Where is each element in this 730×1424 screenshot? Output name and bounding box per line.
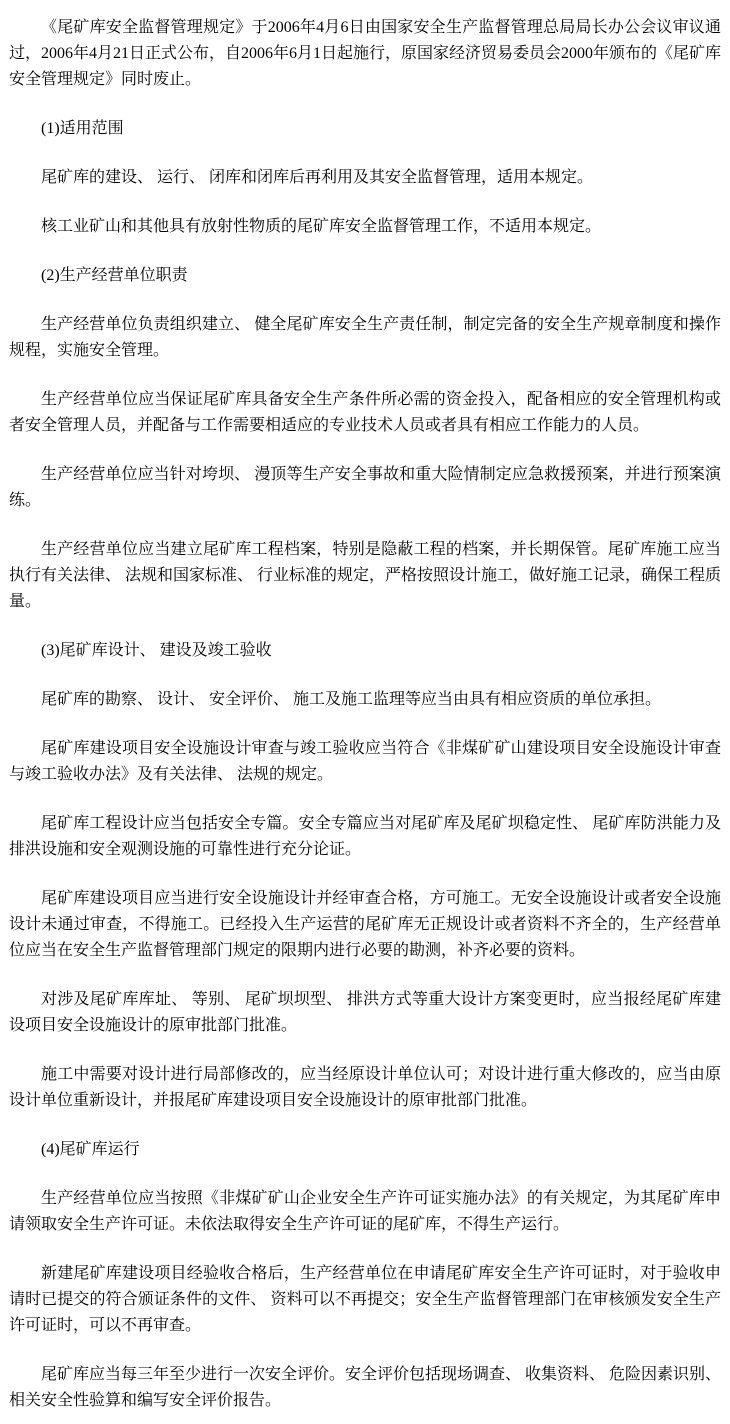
paragraph: 尾矿库的建设、 运行、 闭库和闭库后再利用及其安全监督管理，适用本规定。 — [9, 165, 721, 191]
paragraph: 生产经营单位负责组织建立、 健全尾矿库安全生产责任制，制定完备的安全生产规章制度… — [9, 312, 721, 364]
document: 《尾矿库安全监督管理规定》于2006年4月6日由国家安全生产监督管理总局局长办公… — [0, 0, 730, 1424]
section-heading-1: (1)适用范围 — [9, 116, 721, 142]
paragraph: 生产经营单位应当保证尾矿库具备安全生产条件所必需的资金投入，配备相应的安全管理机… — [9, 387, 721, 439]
paragraph: 生产经营单位应当按照《非煤矿矿山企业安全生产许可证实施办法》的有关规定，为其尾矿… — [9, 1186, 721, 1238]
paragraph: 新建尾矿库建设项目经验收合格后，生产经营单位在申请尾矿库安全生产许可证时，对于验… — [9, 1261, 721, 1339]
paragraph: 核工业矿山和其他具有放射性物质的尾矿库安全监督管理工作，不适用本规定。 — [9, 214, 721, 240]
paragraph-intro: 《尾矿库安全监督管理规定》于2006年4月6日由国家安全生产监督管理总局局长办公… — [9, 15, 721, 93]
paragraph: 生产经营单位应当建立尾矿库工程档案，特别是隐蔽工程的档案，并长期保管。尾矿库施工… — [9, 537, 721, 615]
paragraph: 生产经营单位应当针对垮坝、 漫顶等生产安全事故和重大险情制定应急救援预案，并进行… — [9, 462, 721, 514]
paragraph: 尾矿库的勘察、 设计、 安全评价、 施工及施工监理等应当由具有相应资质的单位承担… — [9, 687, 721, 713]
paragraph: 尾矿库建设项目应当进行安全设施设计并经审查合格，方可施工。无安全设施设计或者安全… — [9, 886, 721, 964]
paragraph: 尾矿库应当每三年至少进行一次安全评价。安全评价包括现场调查、 收集资料、 危险因… — [9, 1362, 721, 1414]
paragraph: 施工中需要对设计进行局部修改的，应当经原设计单位认可；对设计进行重大修改的，应当… — [9, 1062, 721, 1114]
section-heading-2: (2)生产经营单位职责 — [9, 263, 721, 289]
paragraph: 对涉及尾矿库库址、 等别、 尾矿坝坝型、 排洪方式等重大设计方案变更时，应当报经… — [9, 987, 721, 1039]
section-heading-3: (3)尾矿库设计、 建设及竣工验收 — [9, 638, 721, 664]
section-heading-4: (4)尾矿库运行 — [9, 1137, 721, 1163]
paragraph: 尾矿库建设项目安全设施设计审查与竣工验收应当符合《非煤矿矿山建设项目安全设施设计… — [9, 736, 721, 788]
paragraph: 尾矿库工程设计应当包括安全专篇。安全专篇应当对尾矿库及尾矿坝稳定性、 尾矿库防洪… — [9, 811, 721, 863]
